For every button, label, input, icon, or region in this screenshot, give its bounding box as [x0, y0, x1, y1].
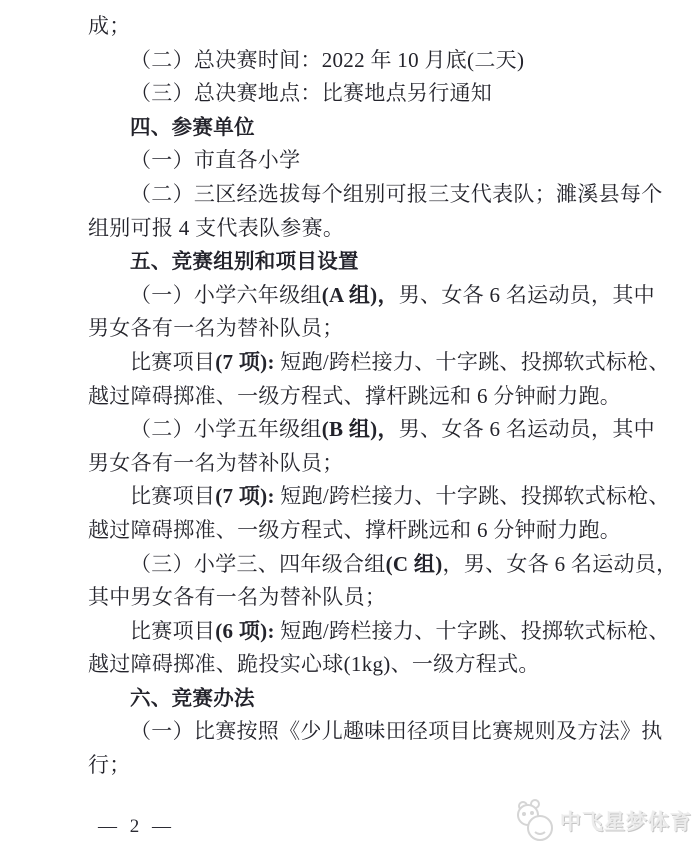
section-heading: 四、参赛单位 — [88, 111, 611, 145]
document-line: 越过障碍掷准、一级方程式、撑杆跳远和 6 分钟耐力跑。 — [88, 514, 611, 548]
section-heading: 五、竞赛组别和项目设置 — [88, 245, 611, 279]
text-segment: 四、参赛单位 — [130, 116, 255, 139]
document-line: 成； — [88, 10, 611, 44]
document-page: { "colors": { "background": "#ffffff", "… — [0, 0, 696, 854]
text-segment: 越过障碍掷准、一级方程式、撑杆跳远和 6 分钟耐力跑。 — [88, 518, 621, 542]
text-segment: 男、女各 6 名运动员，其中 — [399, 417, 655, 441]
text-segment: (7 项): — [215, 350, 280, 374]
text-segment: 男、女各 6 名运动员，其中 — [399, 283, 655, 307]
document-line: （三）总决赛地点：比赛地点另行通知 — [88, 77, 611, 111]
text-segment: 短跑/跨栏接力、十字跳、投掷软式标枪、 — [280, 484, 670, 508]
text-segment: 比赛项目 — [130, 350, 215, 374]
text-segment: (B 组)， — [322, 417, 399, 441]
text-segment: 组别可报 4 支代表队参赛。 — [88, 216, 344, 240]
text-segment: （二）总决赛时间：2022 年 10 月底(二天) — [130, 48, 524, 72]
panda-logo-icon — [513, 798, 555, 844]
text-segment: 六、竞赛办法 — [130, 687, 255, 710]
document-line: （一）市直各小学 — [88, 144, 611, 178]
document-line: （二）三区经选拔每个组别可报三支代表队；濉溪县每个 — [88, 178, 611, 212]
text-segment: （二）小学五年级组 — [130, 417, 322, 441]
document-body: 成；（二）总决赛时间：2022 年 10 月底(二天)（三）总决赛地点：比赛地点… — [88, 10, 611, 783]
document-line: 男女各有一名为替补队员； — [88, 312, 611, 346]
document-line: 组别可报 4 支代表队参赛。 — [88, 212, 611, 246]
text-segment: (7 项): — [215, 484, 280, 508]
section-heading: 六、竞赛办法 — [88, 682, 611, 716]
watermark-text: 中飞星梦体育 — [560, 806, 692, 836]
document-line: （二）总决赛时间：2022 年 10 月底(二天) — [88, 44, 611, 78]
text-segment: （三）总决赛地点：比赛地点另行通知 — [130, 81, 492, 105]
document-line: （三）小学三、四年级合组(C 组)，男、女各 6 名运动员， — [88, 548, 611, 582]
document-line: 比赛项目(6 项): 短跑/跨栏接力、十字跳、投掷软式标枪、 — [88, 615, 611, 649]
text-segment: （一）比赛按照《少儿趣味田径项目比赛规则及方法》执 — [130, 719, 663, 743]
watermark: 中飞星梦体育 — [513, 798, 692, 844]
text-segment: 短跑/跨栏接力、十字跳、投掷软式标枪、 — [280, 350, 670, 374]
text-segment: 成； — [88, 14, 131, 38]
text-segment: 行； — [88, 753, 131, 777]
document-line: （一）比赛按照《少儿趣味田径项目比赛规则及方法》执 — [88, 715, 611, 749]
text-segment: 五、竞赛组别和项目设置 — [130, 250, 359, 273]
document-line: 其中男女各有一名为替补队员； — [88, 581, 611, 615]
text-segment: 越过障碍掷准、跪投实心球(1kg)、一级方程式。 — [88, 652, 540, 676]
text-segment: 男女各有一名为替补队员； — [88, 451, 344, 475]
document-line: 比赛项目(7 项): 短跑/跨栏接力、十字跳、投掷软式标枪、 — [88, 480, 611, 514]
document-line: 越过障碍掷准、跪投实心球(1kg)、一级方程式。 — [88, 648, 611, 682]
text-segment: (A 组)， — [322, 283, 399, 307]
text-segment: 越过障碍掷准、一级方程式、撑杆跳远和 6 分钟耐力跑。 — [88, 384, 621, 408]
document-line: （二）小学五年级组(B 组)，男、女各 6 名运动员，其中 — [88, 413, 611, 447]
text-segment: 比赛项目 — [130, 484, 215, 508]
text-segment: （三）小学三、四年级合组 — [130, 552, 386, 576]
document-line: 比赛项目(7 项): 短跑/跨栏接力、十字跳、投掷软式标枪、 — [88, 346, 611, 380]
text-segment: (6 项): — [215, 619, 280, 643]
text-segment: 其中男女各有一名为替补队员； — [88, 585, 386, 609]
text-segment: 比赛项目 — [130, 619, 215, 643]
text-segment: (C 组) — [386, 552, 443, 576]
text-segment: 短跑/跨栏接力、十字跳、投掷软式标枪、 — [280, 619, 670, 643]
document-line: 越过障碍掷准、一级方程式、撑杆跳远和 6 分钟耐力跑。 — [88, 380, 611, 414]
text-segment: （二）三区经选拔每个组别可报三支代表队；濉溪县每个 — [130, 182, 663, 206]
document-line: 行； — [88, 749, 611, 783]
text-segment: ，男、女各 6 名运动员， — [443, 552, 678, 576]
document-line: 男女各有一名为替补队员； — [88, 447, 611, 481]
page-number: — 2 — — [98, 816, 175, 838]
document-line: （一）小学六年级组(A 组)，男、女各 6 名运动员，其中 — [88, 279, 611, 313]
text-segment: （一）市直各小学 — [130, 148, 300, 172]
text-segment: 男女各有一名为替补队员； — [88, 316, 344, 340]
text-segment: （一）小学六年级组 — [130, 283, 322, 307]
